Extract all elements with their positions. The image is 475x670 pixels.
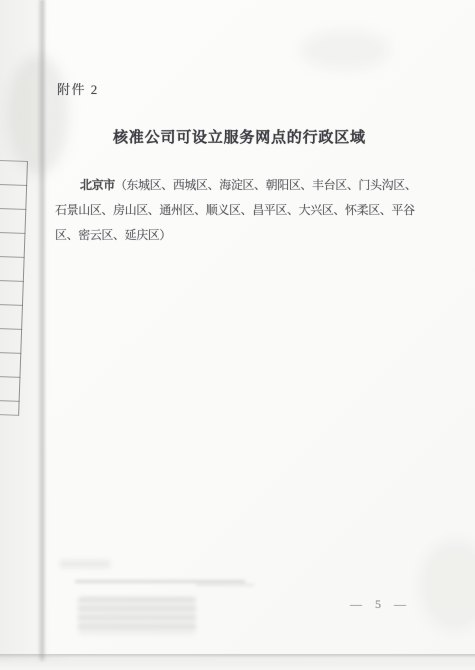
district-list-part-1: （东城区、西城区、海淀区、朝阳区、丰台区、门头沟区、 <box>115 178 417 192</box>
paper-mottling <box>300 30 390 70</box>
page-bottom-edge-shadow <box>0 654 475 670</box>
attachment-label: 附件 2 <box>57 79 99 98</box>
city-name-bold: 北京市 <box>80 178 115 192</box>
page-edge-crease-shadow <box>37 0 49 670</box>
body-paragraph-line-3: 区、密云区、延庆区） <box>55 226 171 243</box>
underlying-page-table-grid-artifact <box>0 160 28 416</box>
paper-sheet <box>46 0 475 656</box>
bleed-through-line <box>196 584 254 586</box>
bleed-through-text-block <box>78 597 196 634</box>
bleed-through-line <box>75 580 245 583</box>
scanned-document-page: 附件 2 核准公司可设立服务网点的行政区域 北京市（东城区、西城区、海淀区、朝阳… <box>0 0 475 670</box>
bleed-through-smudge <box>60 560 110 568</box>
body-paragraph-line-1: 北京市（东城区、西城区、海淀区、朝阳区、丰台区、门头沟区、 <box>80 176 416 193</box>
document-title: 核准公司可设立服务网点的行政区域 <box>113 126 366 147</box>
page-number: — 5 — <box>350 597 411 612</box>
body-paragraph-line-2: 石景山区、房山区、通州区、顺义区、昌平区、大兴区、怀柔区、平谷 <box>55 201 415 218</box>
